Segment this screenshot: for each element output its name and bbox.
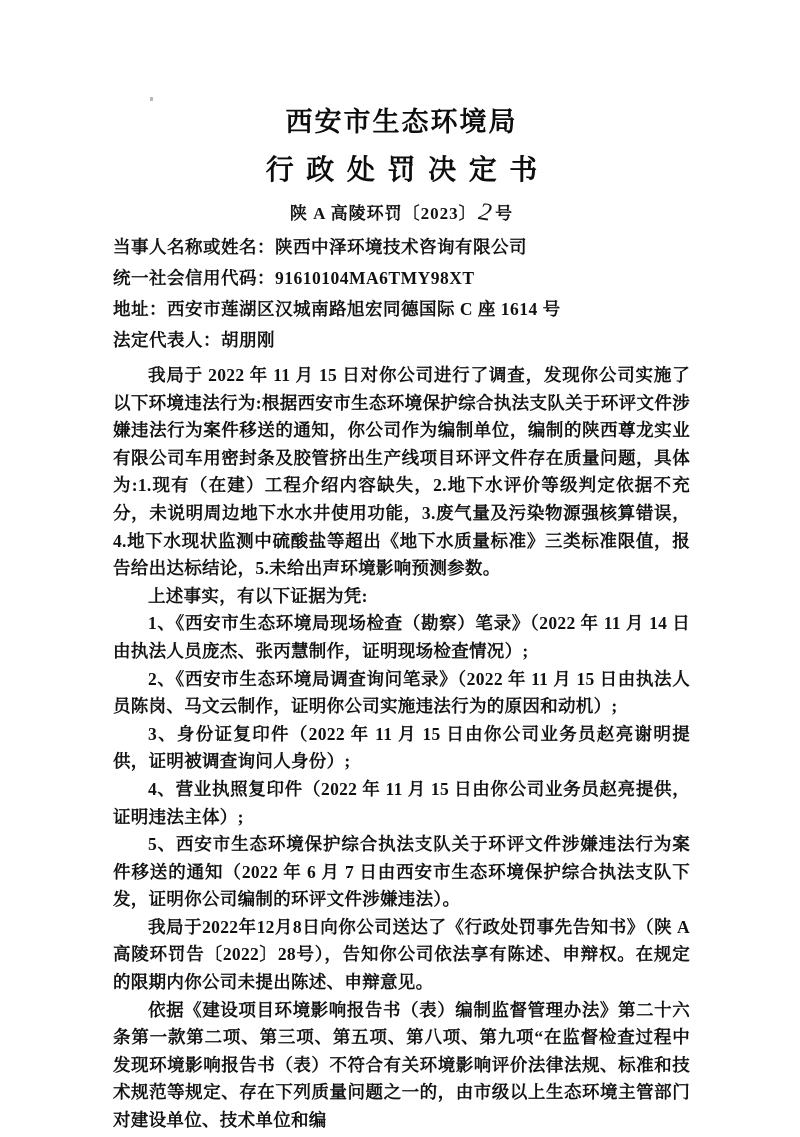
party-name-label: 当事人名称或姓名： <box>113 237 275 257</box>
paragraph-evidence-intro: 上述事实，有以下证据为凭: <box>113 583 690 611</box>
document-number: 陕 A 高陵环罚〔2023〕2号 <box>113 199 690 224</box>
credit-code-value: 91610104MA6TMY98XT <box>275 268 475 288</box>
party-line-address: 地址：西安市莲湖区汉城南路旭宏同德国际 C 座 1614 号 <box>113 300 690 319</box>
doc-number-prefix: 陕 A 高陵环罚〔2023〕 <box>290 204 477 223</box>
address-value: 西安市莲湖区汉城南路旭宏同德国际 C 座 1614 号 <box>167 299 561 319</box>
party-name-value: 陕西中泽环境技术咨询有限公司 <box>275 237 527 257</box>
agency-title: 西安市生态环境局 <box>113 100 690 139</box>
paragraph-legal-basis: 依据《建设项目环境影响报告书（表）编制监督管理办法》第二十六条第一款第二项、第三… <box>113 997 690 1135</box>
paragraph-investigation-findings: 我局于 2022 年 11 月 15 日对你公司进行了调查，发现你公司实施了以下… <box>113 362 690 583</box>
evidence-item-3: 3、身份证复印件（2022 年 11 月 15 日由你公司业务员赵亮谢明提供，证… <box>113 721 690 776</box>
credit-code-label: 统一社会信用代码： <box>113 268 275 288</box>
party-info-block: 当事人名称或姓名：陕西中泽环境技术咨询有限公司 统一社会信用代码：9161010… <box>113 238 690 350</box>
document-content: 西安市生态环境局 行政处罚决定书 陕 A 高陵环罚〔2023〕2号 当事人名称或… <box>113 100 690 1135</box>
legal-representative-label: 法定代表人： <box>113 330 221 350</box>
paragraph-prior-notice: 我局于2022年12月8日向你公司送达了《行政处罚事先告知书》（陕 A 高陵环罚… <box>113 914 690 997</box>
address-label: 地址： <box>113 299 167 319</box>
party-line-credit-code: 统一社会信用代码：91610104MA6TMY98XT <box>113 269 690 288</box>
party-line-legal-representative: 法定代表人：胡朋刚 <box>113 331 690 350</box>
evidence-item-2: 2、《西安市生态环境局调查询问笔录》（2022 年 11 月 15 日由执法人员… <box>113 666 690 721</box>
doc-number-handwritten: 2 <box>477 199 494 226</box>
evidence-item-4: 4、营业执照复印件（2022 年 11 月 15 日由你公司业务员赵亮提供，证明… <box>113 776 690 831</box>
evidence-item-1: 1、《西安市生态环境局现场检查（勘察）笔录》（2022 年 11 月 14 日由… <box>113 610 690 665</box>
legal-representative-value: 胡朋刚 <box>221 330 275 350</box>
document-body: 我局于 2022 年 11 月 15 日对你公司进行了调查，发现你公司实施了以下… <box>113 362 690 1135</box>
doc-number-suffix: 号 <box>495 204 513 223</box>
evidence-item-5: 5、西安市生态环境保护综合执法支队关于环评文件涉嫌违法行为案件移送的通知（202… <box>113 831 690 914</box>
party-line-name: 当事人名称或姓名：陕西中泽环境技术咨询有限公司 <box>113 238 690 257</box>
penalty-decision-page: 西安市生态环境局 行政处罚决定书 陕 A 高陵环罚〔2023〕2号 当事人名称或… <box>0 0 800 1137</box>
document-title: 行政处罚决定书 <box>113 148 690 188</box>
